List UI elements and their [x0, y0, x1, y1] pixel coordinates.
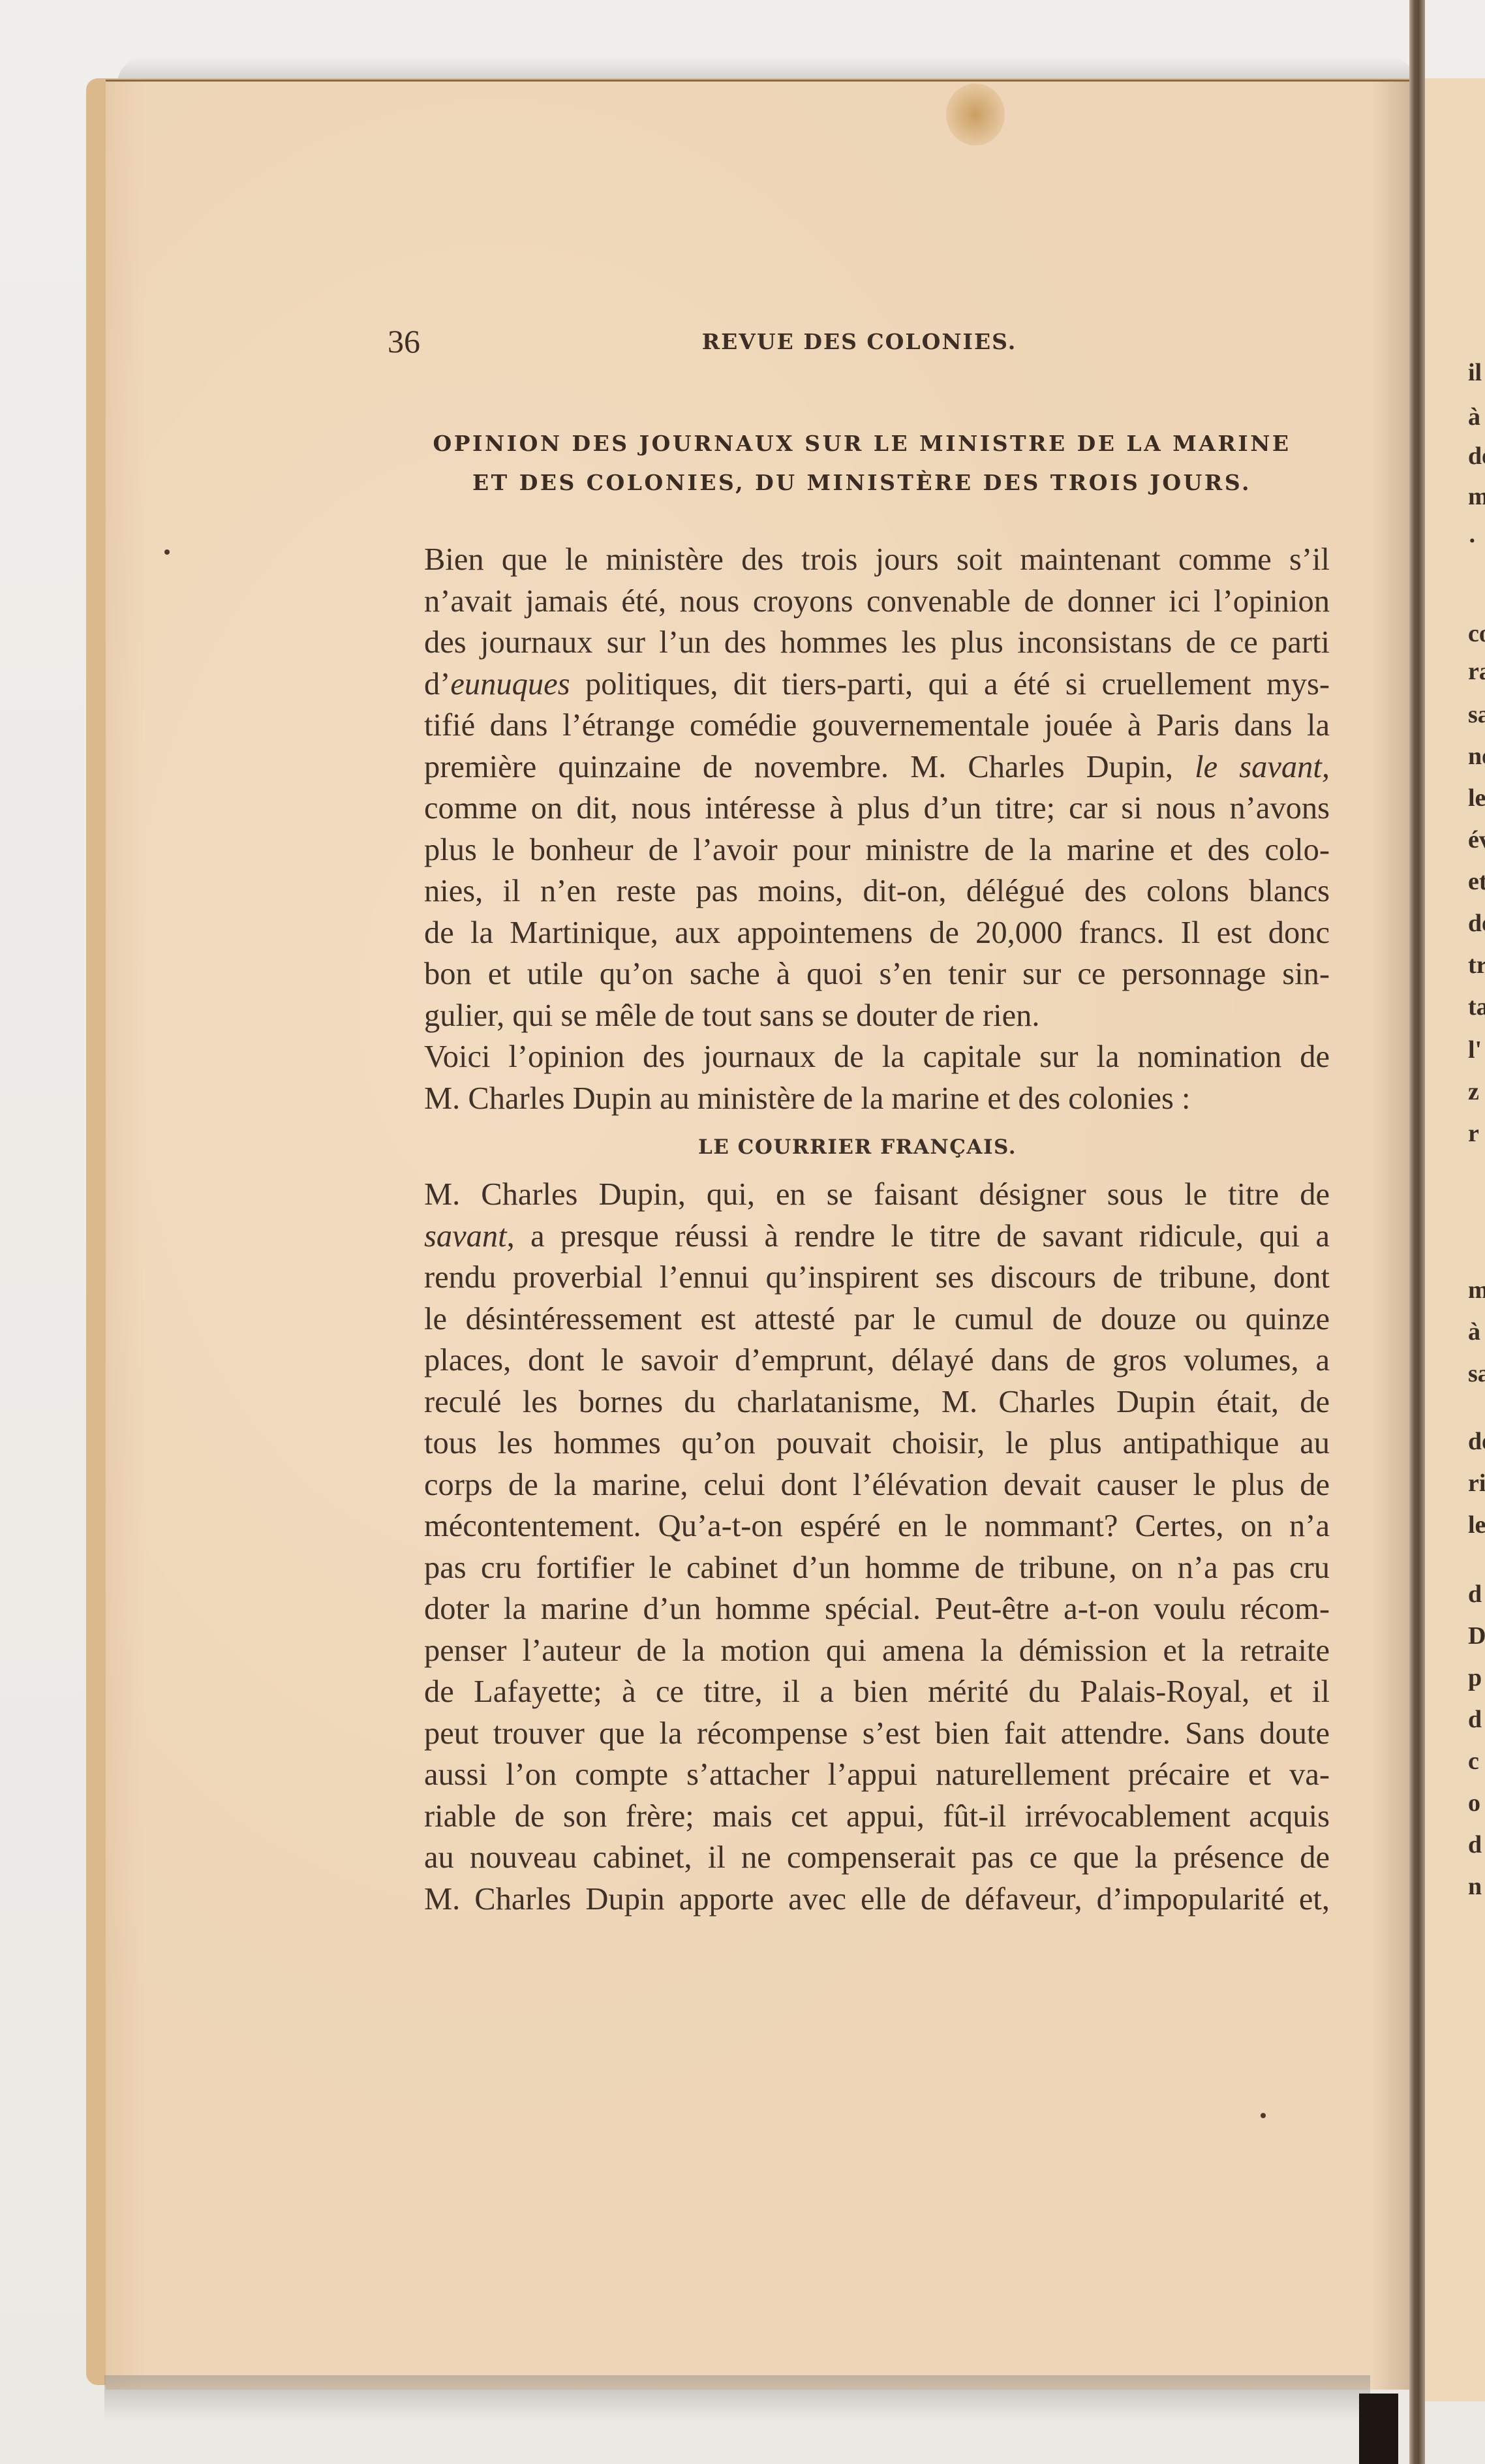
text-line: aussi l’on compte s’attacher l’appui nat… — [385, 1754, 1330, 1796]
adjacent-page-fragment: ri — [1468, 1471, 1485, 1496]
adjacent-page-fragment: d — [1468, 1707, 1482, 1732]
paragraph-courrier: M. Charles Dupin, qui, en se faisant dés… — [385, 1174, 1330, 1920]
adjacent-page-fragment: le — [1468, 1513, 1485, 1537]
adjacent-page-fragment: le — [1468, 786, 1485, 810]
text-line: Bien que le ministère des trois jours so… — [385, 539, 1330, 581]
running-head: 36 REVUE DES COLONIES. — [388, 322, 1331, 362]
text-line: d’eunuques politiques, dit tiers-parti, … — [385, 664, 1330, 705]
adjacent-page-fragment: tr — [1468, 953, 1485, 978]
text-line: au nouveau cabinet, il ne compenserait p… — [385, 1837, 1330, 1879]
adjacent-page-fragment: à — [1468, 1319, 1480, 1344]
adjacent-page-fragment: · — [1468, 529, 1477, 553]
article-body: Bien que le ministère des trois jours so… — [385, 539, 1330, 1920]
text-line: nies, il n’en reste pas moins, dit-on, d… — [385, 870, 1330, 912]
text-line: tous les hommes qu’on pouvait choisir, l… — [385, 1423, 1330, 1464]
text-line: riable de son frère; mais cet appui, fût… — [385, 1796, 1330, 1838]
text-line: Voici l’opinion des journaux de la capit… — [385, 1036, 1330, 1078]
adjacent-page-fragment: r — [1468, 1121, 1479, 1146]
section-title-line-1: OPINION DES JOURNAUX SUR LE MINISTRE DE … — [390, 424, 1334, 463]
adjacent-page-fragment: d — [1468, 1832, 1482, 1857]
adjacent-page-fragment: il — [1468, 360, 1482, 385]
text-line: penser l’auteur de la motion qui amena l… — [385, 1630, 1330, 1672]
adjacent-page-fragment: co — [1468, 621, 1485, 646]
adjacent-page-fragment: p — [1468, 1665, 1482, 1690]
text-line: mécontentement. Qu’a-t-on espéré en le n… — [385, 1505, 1330, 1547]
adjacent-page-fragment: à — [1468, 405, 1480, 429]
text-line: reculé les bornes du charlatanisme, M. C… — [385, 1381, 1330, 1423]
text-line: corps de la marine, celui dont l’élévati… — [385, 1464, 1330, 1506]
text-line: des journaux sur l’un des hommes les plu… — [385, 622, 1330, 664]
ink-speck — [164, 549, 170, 555]
text-line: n’avait jamais été, nous croyons convena… — [385, 581, 1330, 623]
adjacent-page-fragment: m — [1468, 1278, 1485, 1302]
section-title-line-2: ET DES COLONIES, DU MINISTÈRE DES TROIS … — [390, 463, 1334, 502]
text-line: places, dont le savoir d’emprunt, délayé… — [385, 1340, 1330, 1381]
text-line: le désintéressement est attesté par le c… — [385, 1299, 1330, 1340]
adjacent-page-fragment: D — [1468, 1624, 1485, 1648]
text-line: peut trouver que la récompense s’est bie… — [385, 1713, 1330, 1755]
text-line: première quinzaine de novembre. M. Charl… — [385, 747, 1330, 788]
gutter-shadow — [1359, 2394, 1398, 2464]
adjacent-page-fragment: l' — [1468, 1038, 1482, 1062]
italic-term: le savant, — [1195, 750, 1330, 784]
adjacent-page-fragment: et — [1468, 869, 1485, 894]
book-gutter — [1409, 0, 1425, 2464]
adjacent-page-fragment: m — [1468, 484, 1485, 509]
adjacent-page-fragment: ra — [1468, 659, 1485, 684]
adjacent-page-fragment: ne — [1468, 744, 1485, 769]
text-line: bon et utile qu’on sache à quoi s’en ten… — [385, 953, 1330, 995]
paragraph-intro: Bien que le ministère des trois jours so… — [385, 539, 1330, 1036]
text-line: de Lafayette; à ce titre, il a bien méri… — [385, 1671, 1330, 1713]
section-title: OPINION DES JOURNAUX SUR LE MINISTRE DE … — [390, 424, 1334, 502]
adjacent-page-fragment: o — [1468, 1791, 1480, 1815]
text-line: de la Martinique, aux appointemens de 20… — [385, 912, 1330, 954]
paper-stain — [946, 84, 1005, 146]
text-line: rendu proverbial l’ennui qu’inspirent se… — [385, 1257, 1330, 1299]
adjacent-page-fragment: ta — [1468, 994, 1485, 1019]
text-line: tifié dans l’étrange comédie gouvernemen… — [385, 705, 1330, 747]
ink-speck — [1261, 2113, 1266, 2118]
adjacent-page-fragment: z — [1468, 1079, 1479, 1104]
text-line: M. Charles Dupin apporte avec elle de dé… — [385, 1879, 1330, 1920]
text-line: doter la marine d’un homme spécial. Peut… — [385, 1588, 1330, 1630]
text-line: pas cru fortifier le cabinet d’un homme … — [385, 1547, 1330, 1589]
adjacent-page-fragment: sa — [1468, 1361, 1485, 1386]
adjacent-page-fragment: de — [1468, 1429, 1485, 1454]
journal-title: REVUE DES COLONIES. — [388, 329, 1331, 354]
text-line: comme on dit, nous intéresse à plus d’un… — [385, 788, 1330, 829]
text-line: M. Charles Dupin, qui, en se faisant dés… — [385, 1174, 1330, 1216]
adjacent-page-fragment: de — [1468, 444, 1485, 469]
adjacent-page-fragment: év — [1468, 827, 1485, 852]
adjacent-page-fragment: n — [1468, 1874, 1482, 1899]
text-line: gulier, qui se mêle de tout sans se dout… — [385, 995, 1330, 1037]
page-shadow-bottom — [104, 2375, 1370, 2421]
paragraph-transition: Voici l’opinion des journaux de la capit… — [385, 1036, 1330, 1119]
text-line: plus le bonheur de l’avoir pour ministre… — [385, 829, 1330, 871]
text-line: savant, a presque réussi à rendre le tit… — [385, 1216, 1330, 1257]
adjacent-page-fragment: c — [1468, 1749, 1479, 1774]
adjacent-page-fragment: d — [1468, 1582, 1482, 1607]
newspaper-subheading: LE COURRIER FRANÇAIS. — [385, 1127, 1330, 1167]
text-line: M. Charles Dupin au ministère de la mari… — [385, 1078, 1330, 1120]
italic-term: eunuques — [450, 667, 570, 701]
italic-term: savant — [424, 1219, 507, 1254]
adjacent-page-fragment: de — [1468, 911, 1485, 936]
adjacent-page-fragment: sa — [1468, 702, 1485, 727]
